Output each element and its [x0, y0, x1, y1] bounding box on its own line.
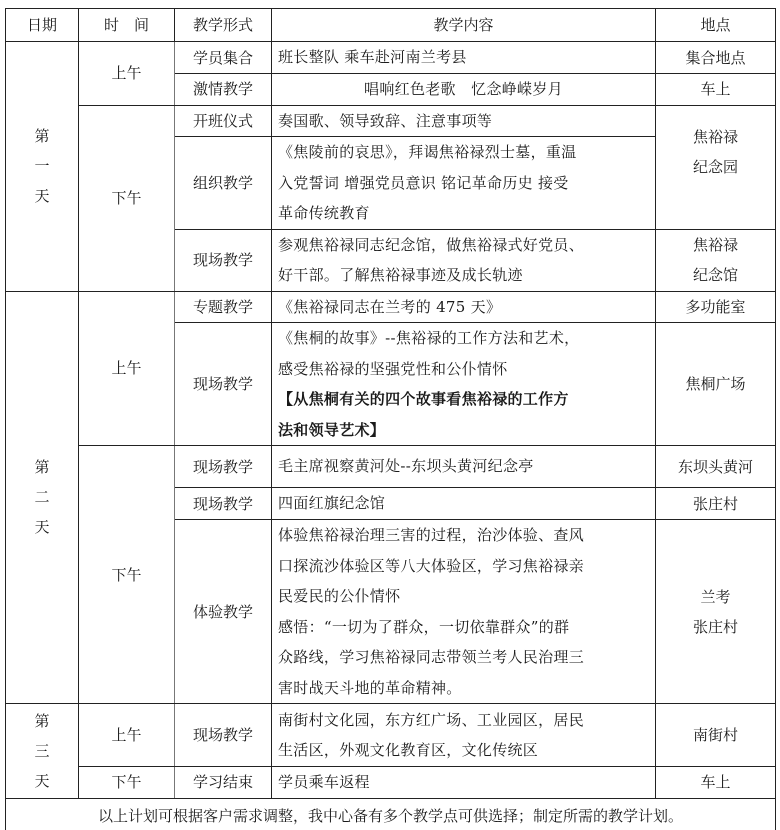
form-cell: 开班仪式	[175, 105, 272, 137]
day-2-char-3: 天	[12, 512, 72, 542]
form-cell: 现场教学	[175, 229, 272, 291]
form-cell: 激情教学	[175, 74, 272, 106]
day-1-char-3: 天	[12, 181, 72, 211]
form-cell: 现场教学	[175, 488, 272, 520]
header-content: 教学内容	[272, 9, 656, 42]
day-2-afternoon: 下午	[79, 446, 175, 704]
place-cell: 车上	[656, 74, 776, 106]
place-cell: 多功能室	[656, 291, 776, 323]
content-cell: 参观焦裕禄同志纪念馆，做焦裕禄式好党员、 好干部。了解焦裕禄事迹及成长轨迹	[272, 229, 656, 291]
footer-note: 以上计划可根据客户需求调整，我中心备有多个教学点可供选择；制定所需的教学计划。	[6, 798, 776, 830]
teaching-schedule-table: 日期 时 间 教学形式 教学内容 地点 第 一 天 上午 学员集合 班长整队 乘…	[5, 8, 776, 830]
content-cell: 体验焦裕禄治理三害的过程，治沙体验、查风 口探流沙体验区等八大体验区，学习焦裕禄…	[272, 520, 656, 704]
day-3-char-2: 三	[12, 736, 72, 766]
day-3-char-1: 第	[12, 706, 72, 736]
content-cell: 《焦陵前的哀思》，拜谒焦裕禄烈士墓，重温 入党誓词 增强党员意识 铭记革命历史 …	[272, 137, 656, 230]
day-2-char-1: 第	[12, 452, 72, 482]
header-date: 日期	[6, 9, 79, 42]
content-cell: 唱响红色老歌 忆念峥嵘岁月	[272, 74, 656, 106]
header-time: 时 间	[79, 9, 175, 42]
day-2-morning: 上午	[79, 291, 175, 446]
day-2-label: 第 二 天	[6, 291, 79, 704]
day-2-char-2: 二	[12, 482, 72, 512]
content-cell: 《焦裕禄同志在兰考的 475 天》	[272, 291, 656, 323]
day-3-afternoon: 下午	[79, 767, 175, 799]
form-cell: 学员集合	[175, 42, 272, 74]
table-row: 第 二 天 上午 专题教学 《焦裕禄同志在兰考的 475 天》 多功能室	[6, 291, 776, 323]
content-cell: 班长整队 乘车赴河南兰考县	[272, 42, 656, 74]
header-form: 教学形式	[175, 9, 272, 42]
content-cell: 四面红旗纪念馆	[272, 488, 656, 520]
table-row: 下午 开班仪式 奏国歌、领导致辞、注意事项等 焦裕禄 纪念园	[6, 105, 776, 137]
day-1-char-2: 一	[12, 151, 72, 181]
place-cell-merged: 焦裕禄 纪念园	[656, 105, 776, 229]
day-1-morning: 上午	[79, 42, 175, 106]
day-3-label: 第 三 天	[6, 704, 79, 799]
table-row: 第 一 天 上午 学员集合 班长整队 乘车赴河南兰考县 集合地点	[6, 42, 776, 74]
content-cell: 奏国歌、领导致辞、注意事项等	[272, 105, 656, 137]
table-row: 下午 现场教学 毛主席视察黄河处--东坝头黄河纪念亭 东坝头黄河	[6, 446, 776, 488]
form-cell: 体验教学	[175, 520, 272, 704]
day-3-char-3: 天	[12, 766, 72, 796]
place-cell: 焦桐广场	[656, 323, 776, 446]
place-cell: 焦裕禄 纪念馆	[656, 229, 776, 291]
header-place: 地点	[656, 9, 776, 42]
form-cell: 组织教学	[175, 137, 272, 230]
content-cell: 学员乘车返程	[272, 767, 656, 799]
content-cell: 毛主席视察黄河处--东坝头黄河纪念亭	[272, 446, 656, 488]
header-row: 日期 时 间 教学形式 教学内容 地点	[6, 9, 776, 42]
place-cell: 兰考 张庄村	[656, 520, 776, 704]
place-cell: 南街村	[656, 704, 776, 767]
form-cell: 学习结束	[175, 767, 272, 799]
place-cell: 车上	[656, 767, 776, 799]
form-cell: 现场教学	[175, 323, 272, 446]
table-row: 下午 学习结束 学员乘车返程 车上	[6, 767, 776, 799]
day-1-afternoon: 下午	[79, 105, 175, 291]
place-cell: 集合地点	[656, 42, 776, 74]
content-cell: 南街村文化园，东方红广场、工业园区，居民 生活区，外观文化教育区，文化传统区	[272, 704, 656, 767]
table-row: 第 三 天 上午 现场教学 南街村文化园，东方红广场、工业园区，居民 生活区，外…	[6, 704, 776, 767]
form-cell: 现场教学	[175, 704, 272, 767]
content-cell: 《焦桐的故事》--焦裕禄的工作方法和艺术， 感受焦裕禄的坚强党性和公仆情怀 【从…	[272, 323, 656, 446]
footer-row: 以上计划可根据客户需求调整，我中心备有多个教学点可供选择；制定所需的教学计划。	[6, 798, 776, 830]
day-1-label: 第 一 天	[6, 42, 79, 292]
day-1-char-1: 第	[12, 121, 72, 151]
form-cell: 专题教学	[175, 291, 272, 323]
place-cell: 东坝头黄河	[656, 446, 776, 488]
day-3-morning: 上午	[79, 704, 175, 767]
form-cell: 现场教学	[175, 446, 272, 488]
place-cell: 张庄村	[656, 488, 776, 520]
